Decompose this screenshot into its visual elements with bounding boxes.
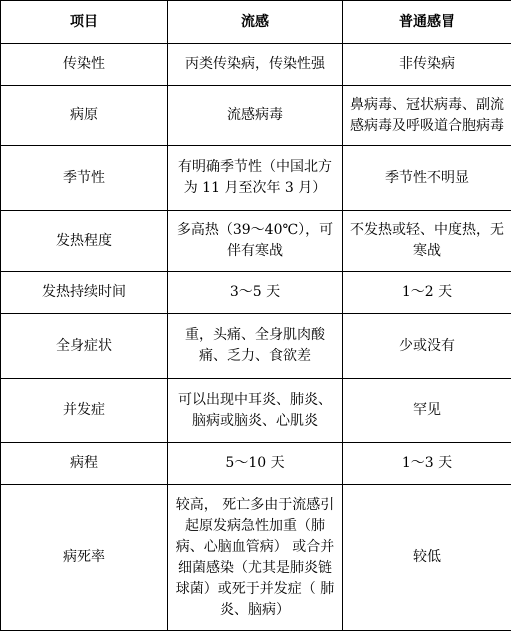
flu-cell: 丙类传染病，传染性强	[168, 44, 343, 86]
cold-cell: 鼻病毒、冠状病毒、副流感病毒及呼吸道合胞病毒	[343, 86, 511, 146]
cold-cell: 1～2 天	[343, 272, 511, 314]
cold-cell: 较低	[343, 485, 511, 631]
row-label: 发热持续时间	[1, 272, 168, 314]
table-row-infectivity: 传染性 丙类传染病，传染性强 非传染病	[1, 44, 511, 86]
table-row-pathogen: 病原 流感病毒 鼻病毒、冠状病毒、副流感病毒及呼吸道合胞病毒	[1, 86, 511, 146]
cold-cell: 罕见	[343, 379, 511, 443]
header-flu: 流感	[168, 1, 343, 44]
row-label: 病原	[1, 86, 168, 146]
flu-cell: 可以出现中耳炎、肺炎、脑病或脑炎、心肌炎	[168, 379, 343, 443]
table-row-systemic-symptoms: 全身症状 重，头痛、全身肌肉酸痛、乏力、食欲差 少或没有	[1, 314, 511, 379]
cold-cell: 季节性不明显	[343, 146, 511, 211]
cold-cell: 不发热或轻、中度热，无寒战	[343, 211, 511, 272]
flu-cell: 流感病毒	[168, 86, 343, 146]
row-label: 病死率	[1, 485, 168, 631]
flu-cell: 重，头痛、全身肌肉酸痛、乏力、食欲差	[168, 314, 343, 379]
flu-cell: 有明确季节性（中国北方为 11 月至次年 3 月）	[168, 146, 343, 211]
table-row-fever-degree: 发热程度 多高热（39～40℃），可伴有寒战 不发热或轻、中度热，无寒战	[1, 211, 511, 272]
table-row-fatality-rate: 病死率 较高， 死亡多由于流感引起原发病急性加重（肺病、心脑血管病） 或合并细菌…	[1, 485, 511, 631]
header-cold: 普通感冒	[343, 1, 511, 44]
flu-cell: 较高， 死亡多由于流感引起原发病急性加重（肺病、心脑血管病） 或合并细菌感染（尤…	[168, 485, 343, 631]
row-label: 传染性	[1, 44, 168, 86]
flu-cell: 3～5 天	[168, 272, 343, 314]
flu-cell: 多高热（39～40℃），可伴有寒战	[168, 211, 343, 272]
table-row-fever-duration: 发热持续时间 3～5 天 1～2 天	[1, 272, 511, 314]
cold-cell: 非传染病	[343, 44, 511, 86]
flu-vs-cold-comparison-table: 项目 流感 普通感冒 传染性 丙类传染病，传染性强 非传染病 病原 流感病毒 鼻…	[0, 0, 511, 631]
row-label: 发热程度	[1, 211, 168, 272]
cold-cell: 少或没有	[343, 314, 511, 379]
row-label: 并发症	[1, 379, 168, 443]
row-label: 病程	[1, 443, 168, 485]
header-item: 项目	[1, 1, 168, 44]
row-label: 全身症状	[1, 314, 168, 379]
row-label: 季节性	[1, 146, 168, 211]
table-header-row: 项目 流感 普通感冒	[1, 1, 511, 44]
table-row-disease-course: 病程 5～10 天 1～3 天	[1, 443, 511, 485]
table-row-seasonality: 季节性 有明确季节性（中国北方为 11 月至次年 3 月） 季节性不明显	[1, 146, 511, 211]
table-row-complications: 并发症 可以出现中耳炎、肺炎、脑病或脑炎、心肌炎 罕见	[1, 379, 511, 443]
flu-cell: 5～10 天	[168, 443, 343, 485]
cold-cell: 1～3 天	[343, 443, 511, 485]
